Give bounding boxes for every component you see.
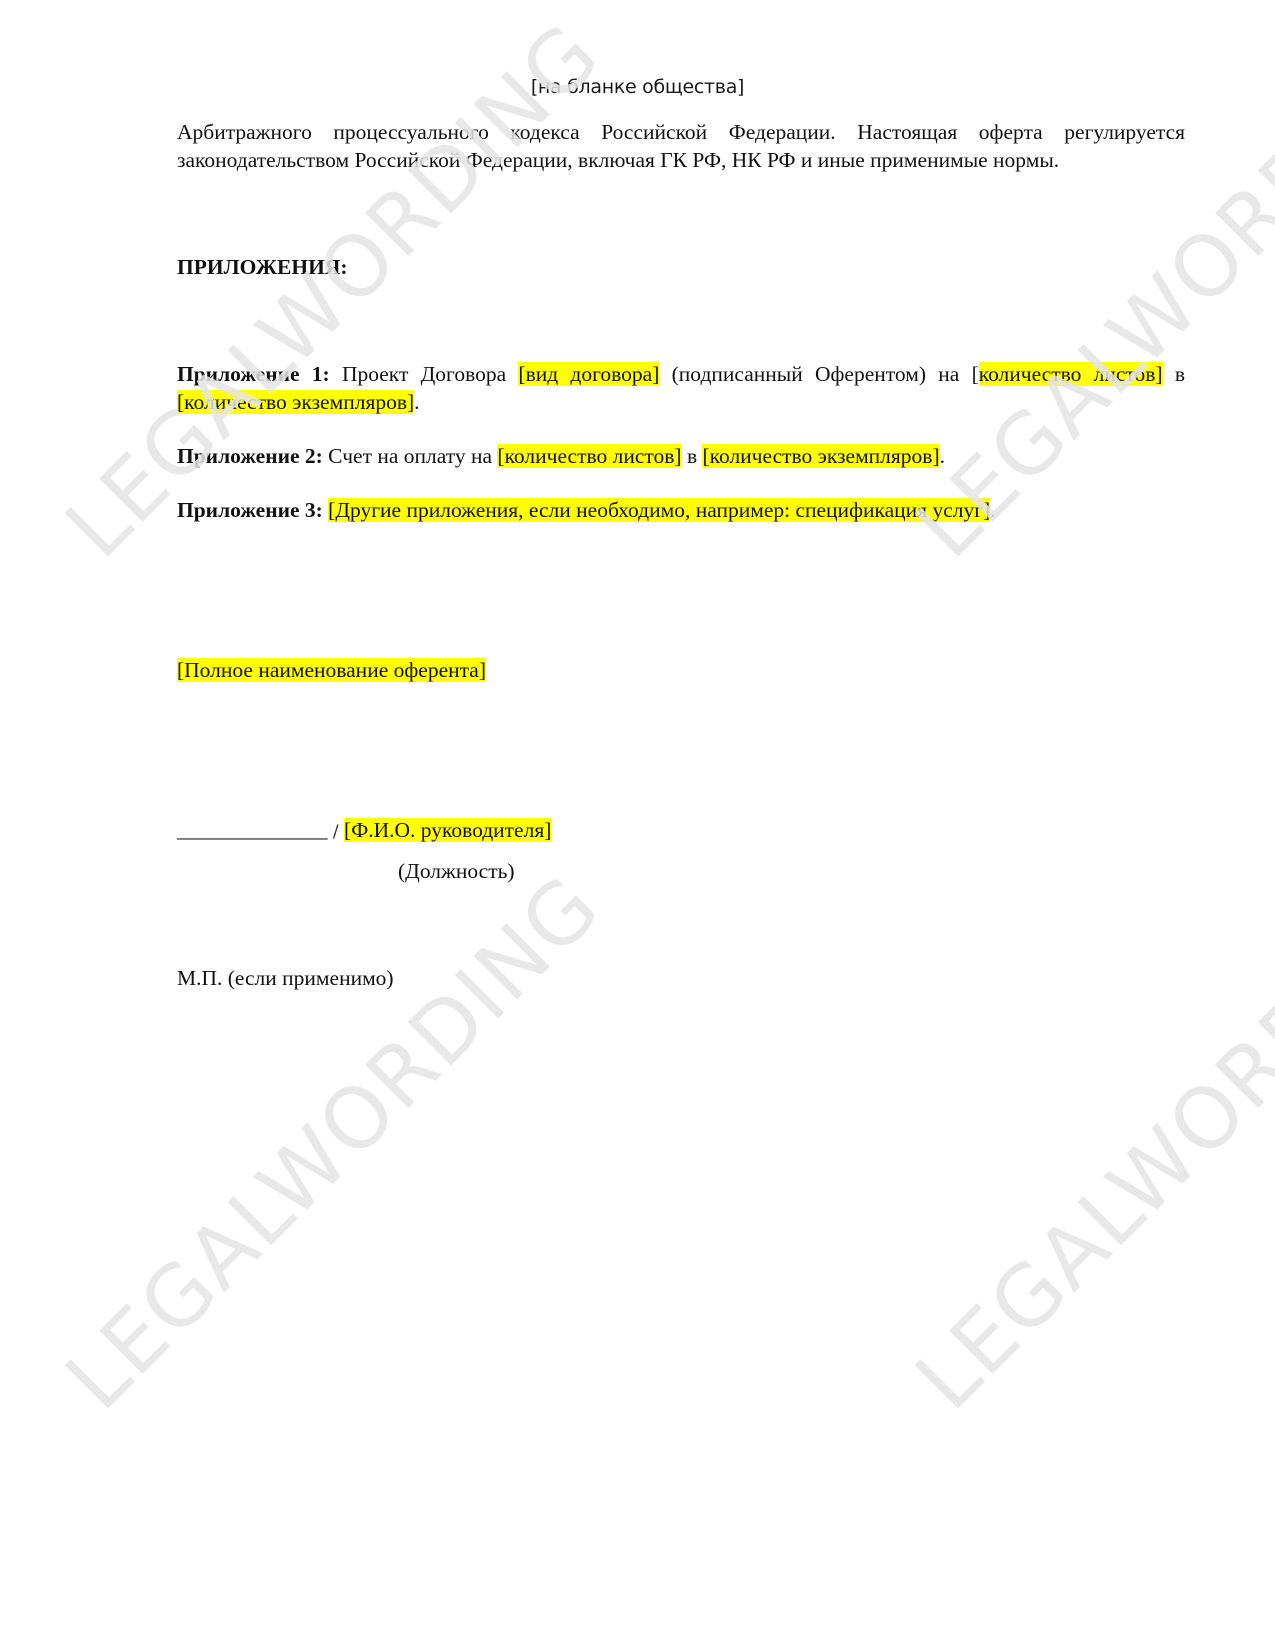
signature-block: ______________ / [Ф.И.О. руководителя]: [177, 816, 1185, 846]
document-page: LEGALWORDING LEGALWORDING LEGALWORDING L…: [0, 0, 1275, 1651]
annex-label: Приложение 1:: [177, 362, 330, 386]
placeholder-copy-count[interactable]: [количество экземпляров]: [702, 444, 939, 468]
placeholder-other-annexes[interactable]: [Другие приложения, если необходимо, нап…: [328, 498, 990, 522]
placeholder-director-name[interactable]: [Ф.И.О. руководителя]: [344, 818, 551, 842]
annex-label: Приложение 2:: [177, 444, 323, 468]
position-label: (Должность): [398, 857, 515, 885]
intro-paragraph: Арбитражного процессуального кодекса Рос…: [177, 118, 1185, 174]
placeholder-offeror-name[interactable]: [Полное наименование оферента]: [177, 658, 486, 682]
watermark: LEGALWORDING: [52, 862, 614, 1424]
annex-text: .: [940, 444, 945, 468]
placeholder-sheet-count[interactable]: количество листов]: [979, 362, 1163, 386]
annex-item: Приложение 1: Проект Договора [вид догов…: [177, 360, 1185, 416]
stamp-note: М.П. (если применимо): [177, 964, 1185, 992]
offeror-block: [Полное наименование оферента]: [177, 656, 1185, 684]
signature-line: ______________: [177, 818, 328, 842]
annex-text: в: [682, 444, 703, 468]
placeholder-contract-type[interactable]: [вид договора]: [518, 362, 659, 386]
annex-item: Приложение 3: [Другие приложения, если н…: [177, 496, 1185, 524]
letterhead-note: [на бланке общества]: [0, 76, 1275, 98]
annex-text: .: [414, 390, 419, 414]
annex-text: Проект Договора: [330, 362, 519, 386]
annex-text: в: [1163, 362, 1185, 386]
signature-separator: /: [328, 822, 345, 842]
annex-text: .: [990, 498, 995, 522]
watermark: LEGALWORDING: [902, 862, 1275, 1424]
annex-text: (подписанный Оферентом) на [: [659, 362, 978, 386]
annexes-heading: ПРИЛОЖЕНИЯ:: [177, 253, 1185, 281]
annex-label: Приложение 3:: [177, 498, 323, 522]
annex-item: Приложение 2: Счет на оплату на [количес…: [177, 442, 1185, 470]
placeholder-sheet-count[interactable]: [количество листов]: [497, 444, 681, 468]
annex-text: Счет на оплату на: [323, 444, 498, 468]
placeholder-copy-count[interactable]: [количество экземпляров]: [177, 390, 414, 414]
